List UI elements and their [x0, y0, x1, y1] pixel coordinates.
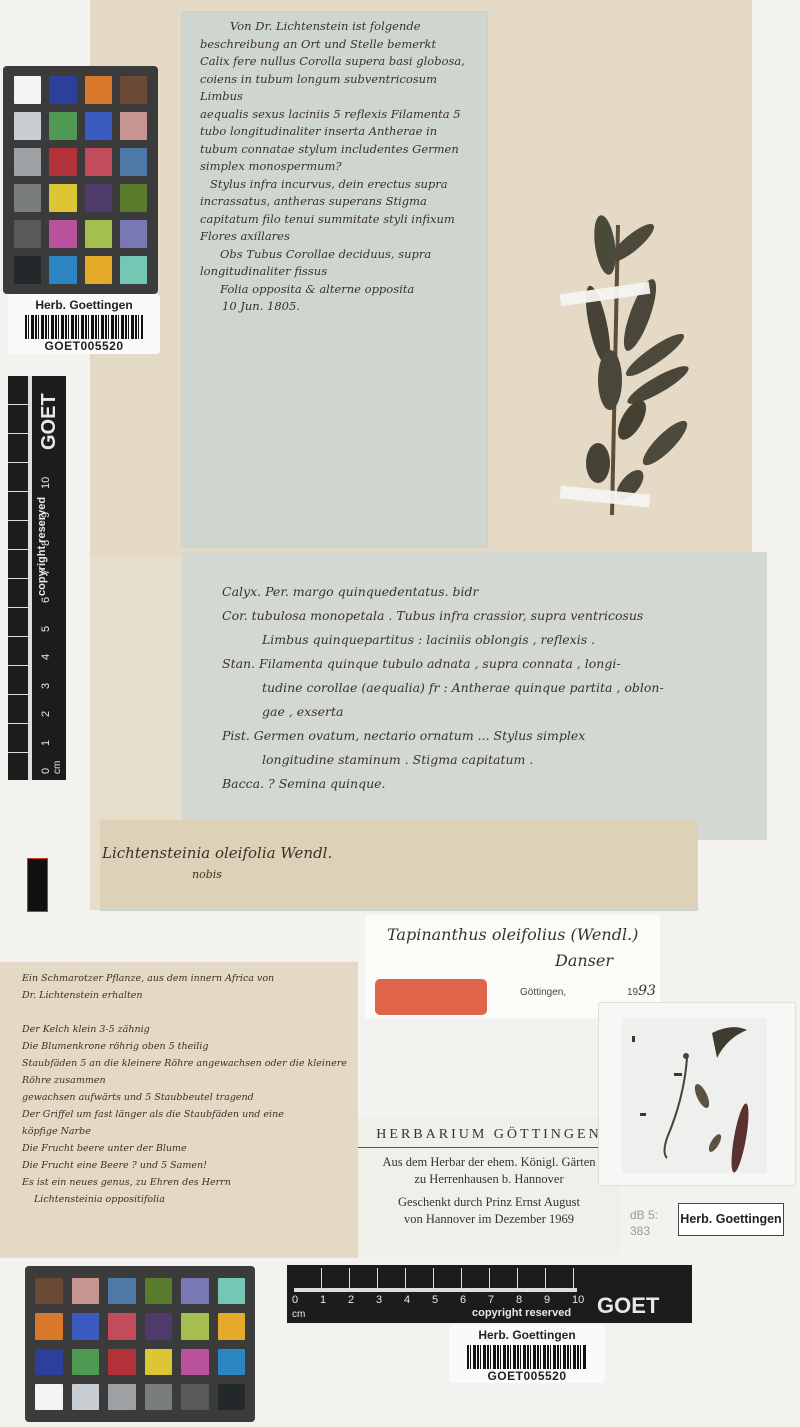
note-line: simplex monospermum? [200, 158, 477, 176]
color-patch [218, 1278, 246, 1304]
scale-ruler-vertical: 012345678910 copyright reserved GOET cm [8, 376, 66, 780]
color-patch [35, 1349, 63, 1375]
note-line: Folia opposita & alterne opposita [200, 281, 477, 299]
note-line: longitudine staminum . Stigma capitatum … [222, 748, 747, 772]
color-patch [49, 256, 76, 284]
color-patch [14, 148, 41, 176]
color-patch [145, 1278, 173, 1304]
note-line: tubo longitudinaliter inserta Antherae i… [200, 123, 477, 141]
goet-logo: GOET [38, 393, 61, 450]
handwritten-note-upper: Von Dr. Lichtenstein ist folgendebeschre… [182, 12, 487, 547]
note-line: Stylus infra incurvus, dein erectus supr… [200, 176, 477, 194]
note-line: Der Kelch klein 3-5 zähnig [22, 1021, 348, 1038]
determination-color-tag [375, 979, 487, 1015]
note-line: Flores axillares [200, 228, 477, 246]
note-line: Stan. Filamenta quinque tubulo adnata , … [222, 652, 747, 676]
color-patch [145, 1313, 173, 1339]
note-line: Die Frucht beere unter der Blume [22, 1140, 348, 1157]
barcode-bars [467, 1345, 587, 1369]
note-line: Es ist ein neues genus, zu Ehren des Her… [22, 1174, 348, 1191]
color-patch [120, 148, 147, 176]
note-line: tubum connatae stylum includentes Germen [200, 141, 477, 159]
ruler-tick-label: 5 [40, 625, 52, 631]
color-patch [120, 256, 147, 284]
fragment-packet-window [622, 1018, 767, 1173]
pencil-annotation: dB 5: 383 [630, 1207, 658, 1239]
note-line: longitudinaliter fissus [200, 263, 477, 281]
color-patch [181, 1278, 209, 1304]
note-line: gewachsen aufwärts und 5 Staubbeutel tra… [22, 1089, 348, 1106]
color-patch [85, 184, 112, 212]
note-line: Lichtensteinia oppositifolia [22, 1191, 348, 1208]
determination-author: Danser [555, 951, 613, 970]
note-line: Bacca. ? Semina quinque. [222, 772, 747, 796]
color-patch [181, 1349, 209, 1375]
color-patch [72, 1278, 100, 1304]
ruler-tick-label: 9 [544, 1294, 550, 1306]
note-line: coiens in tubum longum subventricosum Li… [200, 71, 477, 106]
determination-name: Tapinanthus oleifolius (Wendl.) [387, 925, 638, 944]
color-patch [14, 256, 41, 284]
ruler-tick-label: 5 [432, 1294, 438, 1306]
note-line: Limbus quinquepartitus : laciniis oblong… [222, 628, 747, 652]
herbarium-label-line: Aus dem Herbar der ehem. Königl. Gärtenz… [358, 1154, 620, 1188]
color-patch [85, 112, 112, 140]
color-patch [35, 1384, 63, 1410]
note-line: 10 Jun. 1805. [200, 298, 477, 316]
plant-specimen [560, 205, 690, 525]
note-line: tudine corollae (aequalia) fr : Antherae… [222, 676, 747, 700]
ruler-tick-label: 1 [320, 1294, 326, 1306]
ruler-tick-label: 1 [40, 739, 52, 745]
color-patch [14, 76, 41, 104]
barcode-label-top: Herb. Goettingen GOET005520 [8, 294, 160, 354]
ruler-unit: cm [52, 761, 63, 774]
ruler-unit: cm [292, 1309, 305, 1320]
note-line: Staubfäden 5 an die kleinere Röhre angew… [22, 1055, 348, 1089]
color-patch [181, 1384, 209, 1410]
note-line: Obs Tubus Corollae deciduus, supra [200, 246, 477, 264]
species-name-handwritten: Lichtensteinia oleifolia Wendl. [102, 844, 332, 862]
herbarium-label-heading: HERBARIUM GÖTTINGEN [358, 1117, 620, 1148]
ruler-scale-bar [294, 1268, 577, 1292]
barcode-number: GOET005520 [8, 339, 160, 353]
color-patch [49, 220, 76, 248]
color-patch [49, 112, 76, 140]
note-line: aequalis sexus laciniis 5 reflexis Filam… [200, 106, 477, 124]
ruler-tick-label: 4 [404, 1294, 410, 1306]
herbarium-label: HERBARIUM GÖTTINGEN Aus dem Herbar der e… [358, 1117, 620, 1255]
note-text: Calyx. Per. margo quinquedentatus. bidrC… [222, 580, 747, 796]
note-line: Von Dr. Lichtenstein ist folgende [200, 18, 477, 36]
note-line: Die Frucht eine Beere ? und 5 Samen! [22, 1157, 348, 1174]
note-line: Calix fere nullus Corolla supera basi gl… [200, 53, 477, 71]
scale-ruler-horizontal: 012345678910 cm copyright reserved GOET [287, 1265, 692, 1323]
ruler-tick-label: 4 [40, 654, 52, 660]
color-patch [218, 1349, 246, 1375]
handwritten-note-lower: Calyx. Per. margo quinquedentatus. bidrC… [182, 552, 767, 840]
note-line: köpfige Narbe [22, 1123, 348, 1140]
ruler-ticks: 012345678910 [292, 1294, 592, 1308]
scale-marker-icon [27, 858, 48, 912]
ruler-copyright: copyright reserved [36, 497, 48, 596]
color-patch [218, 1384, 246, 1410]
note-line: beschreibung an Ort und Stelle bemerkt [200, 36, 477, 54]
note-line: Dr. Lichtenstein erhalten [22, 987, 348, 1004]
ruler-tick-label: 10 [572, 1294, 584, 1306]
color-patch [85, 76, 112, 104]
color-patch [120, 112, 147, 140]
barcode-number: GOET005520 [449, 1369, 605, 1383]
ruler-scale-bar [8, 376, 32, 780]
note-line: Der Griffel um fast länger als die Staub… [22, 1106, 348, 1123]
color-patch [72, 1313, 100, 1339]
ruler-tick-label: 3 [376, 1294, 382, 1306]
note-line [22, 1004, 348, 1021]
barcode-institution: Herb. Goettingen [8, 298, 160, 312]
ruler-tick-label: 10 [40, 477, 52, 489]
color-patch [108, 1349, 136, 1375]
ruler-tick-label: 0 [292, 1294, 298, 1306]
ruler-copyright: copyright reserved [472, 1307, 571, 1319]
barcode-institution: Herb. Goettingen [449, 1328, 605, 1342]
ruler-tick-label: 2 [348, 1294, 354, 1306]
note-line: Ein Schmarotzer Pflanze, aus dem innern … [22, 970, 348, 987]
note-line: Die Blumenkrone röhrig oben 5 theilig [22, 1038, 348, 1055]
ruler-tick-label: 7 [488, 1294, 494, 1306]
color-patch [85, 256, 112, 284]
handwritten-note-german: Ein Schmarotzer Pflanze, aus dem innern … [0, 962, 358, 1258]
color-patch [35, 1313, 63, 1339]
color-patch [85, 148, 112, 176]
ruler-tick-label: 8 [516, 1294, 522, 1306]
note-line: gae , exserta [222, 700, 747, 724]
color-patch [120, 76, 147, 104]
color-patch [14, 184, 41, 212]
barcode-label-bottom: Herb. Goettingen GOET005520 [449, 1325, 605, 1383]
ruler-tick-label: 0 [40, 768, 52, 774]
color-patch [85, 220, 112, 248]
color-patch [14, 112, 41, 140]
color-patch [72, 1384, 100, 1410]
barcode-bars [25, 315, 143, 339]
color-patch [218, 1313, 246, 1339]
color-patch [181, 1313, 209, 1339]
color-patch [120, 220, 147, 248]
color-patch [108, 1278, 136, 1304]
color-patch [145, 1384, 173, 1410]
color-patch [49, 76, 76, 104]
goet-logo: GOET [597, 1293, 659, 1319]
species-name-author: nobis [192, 868, 222, 881]
color-calibration-card-bottom [25, 1266, 255, 1422]
note-line: Pist. Germen ovatum, nectario ornatum ..… [222, 724, 747, 748]
color-patch [108, 1384, 136, 1410]
note-text: Von Dr. Lichtenstein ist folgendebeschre… [200, 18, 477, 316]
herbarium-label-line: Geschenkt durch Prinz Ernst Augustvon Ha… [358, 1194, 620, 1228]
note-line: Cor. tubulosa monopetala . Tubus infra c… [222, 604, 747, 628]
ruler-tick-label: 2 [40, 711, 52, 717]
ruler-tick-label: 6 [40, 597, 52, 603]
color-patch [49, 184, 76, 212]
color-calibration-card-top [3, 66, 158, 294]
note-line: capitatum filo tenui summitate styli inf… [200, 211, 477, 229]
color-patch [145, 1349, 173, 1375]
color-patch [108, 1313, 136, 1339]
determination-year: 1993 [627, 983, 656, 999]
color-patch [49, 148, 76, 176]
mount-sheet-lower-edge: Lichtensteinia oleifolia Wendl. nobis [100, 820, 698, 911]
color-patch [35, 1278, 63, 1304]
herbarium-stamp-box: Herb. Goettingen [678, 1203, 784, 1236]
note-line: Calyx. Per. margo quinquedentatus. bidr [222, 580, 747, 604]
ruler-tick-label: 6 [460, 1294, 466, 1306]
ruler-tick-label: 3 [40, 682, 52, 688]
color-patch [72, 1349, 100, 1375]
color-patch [14, 220, 41, 248]
color-patch [120, 184, 147, 212]
note-text: Ein Schmarotzer Pflanze, aus dem innern … [22, 970, 348, 1208]
determination-place: Göttingen, [520, 987, 566, 998]
note-line: incrassatus, antheras superans Stigma [200, 193, 477, 211]
